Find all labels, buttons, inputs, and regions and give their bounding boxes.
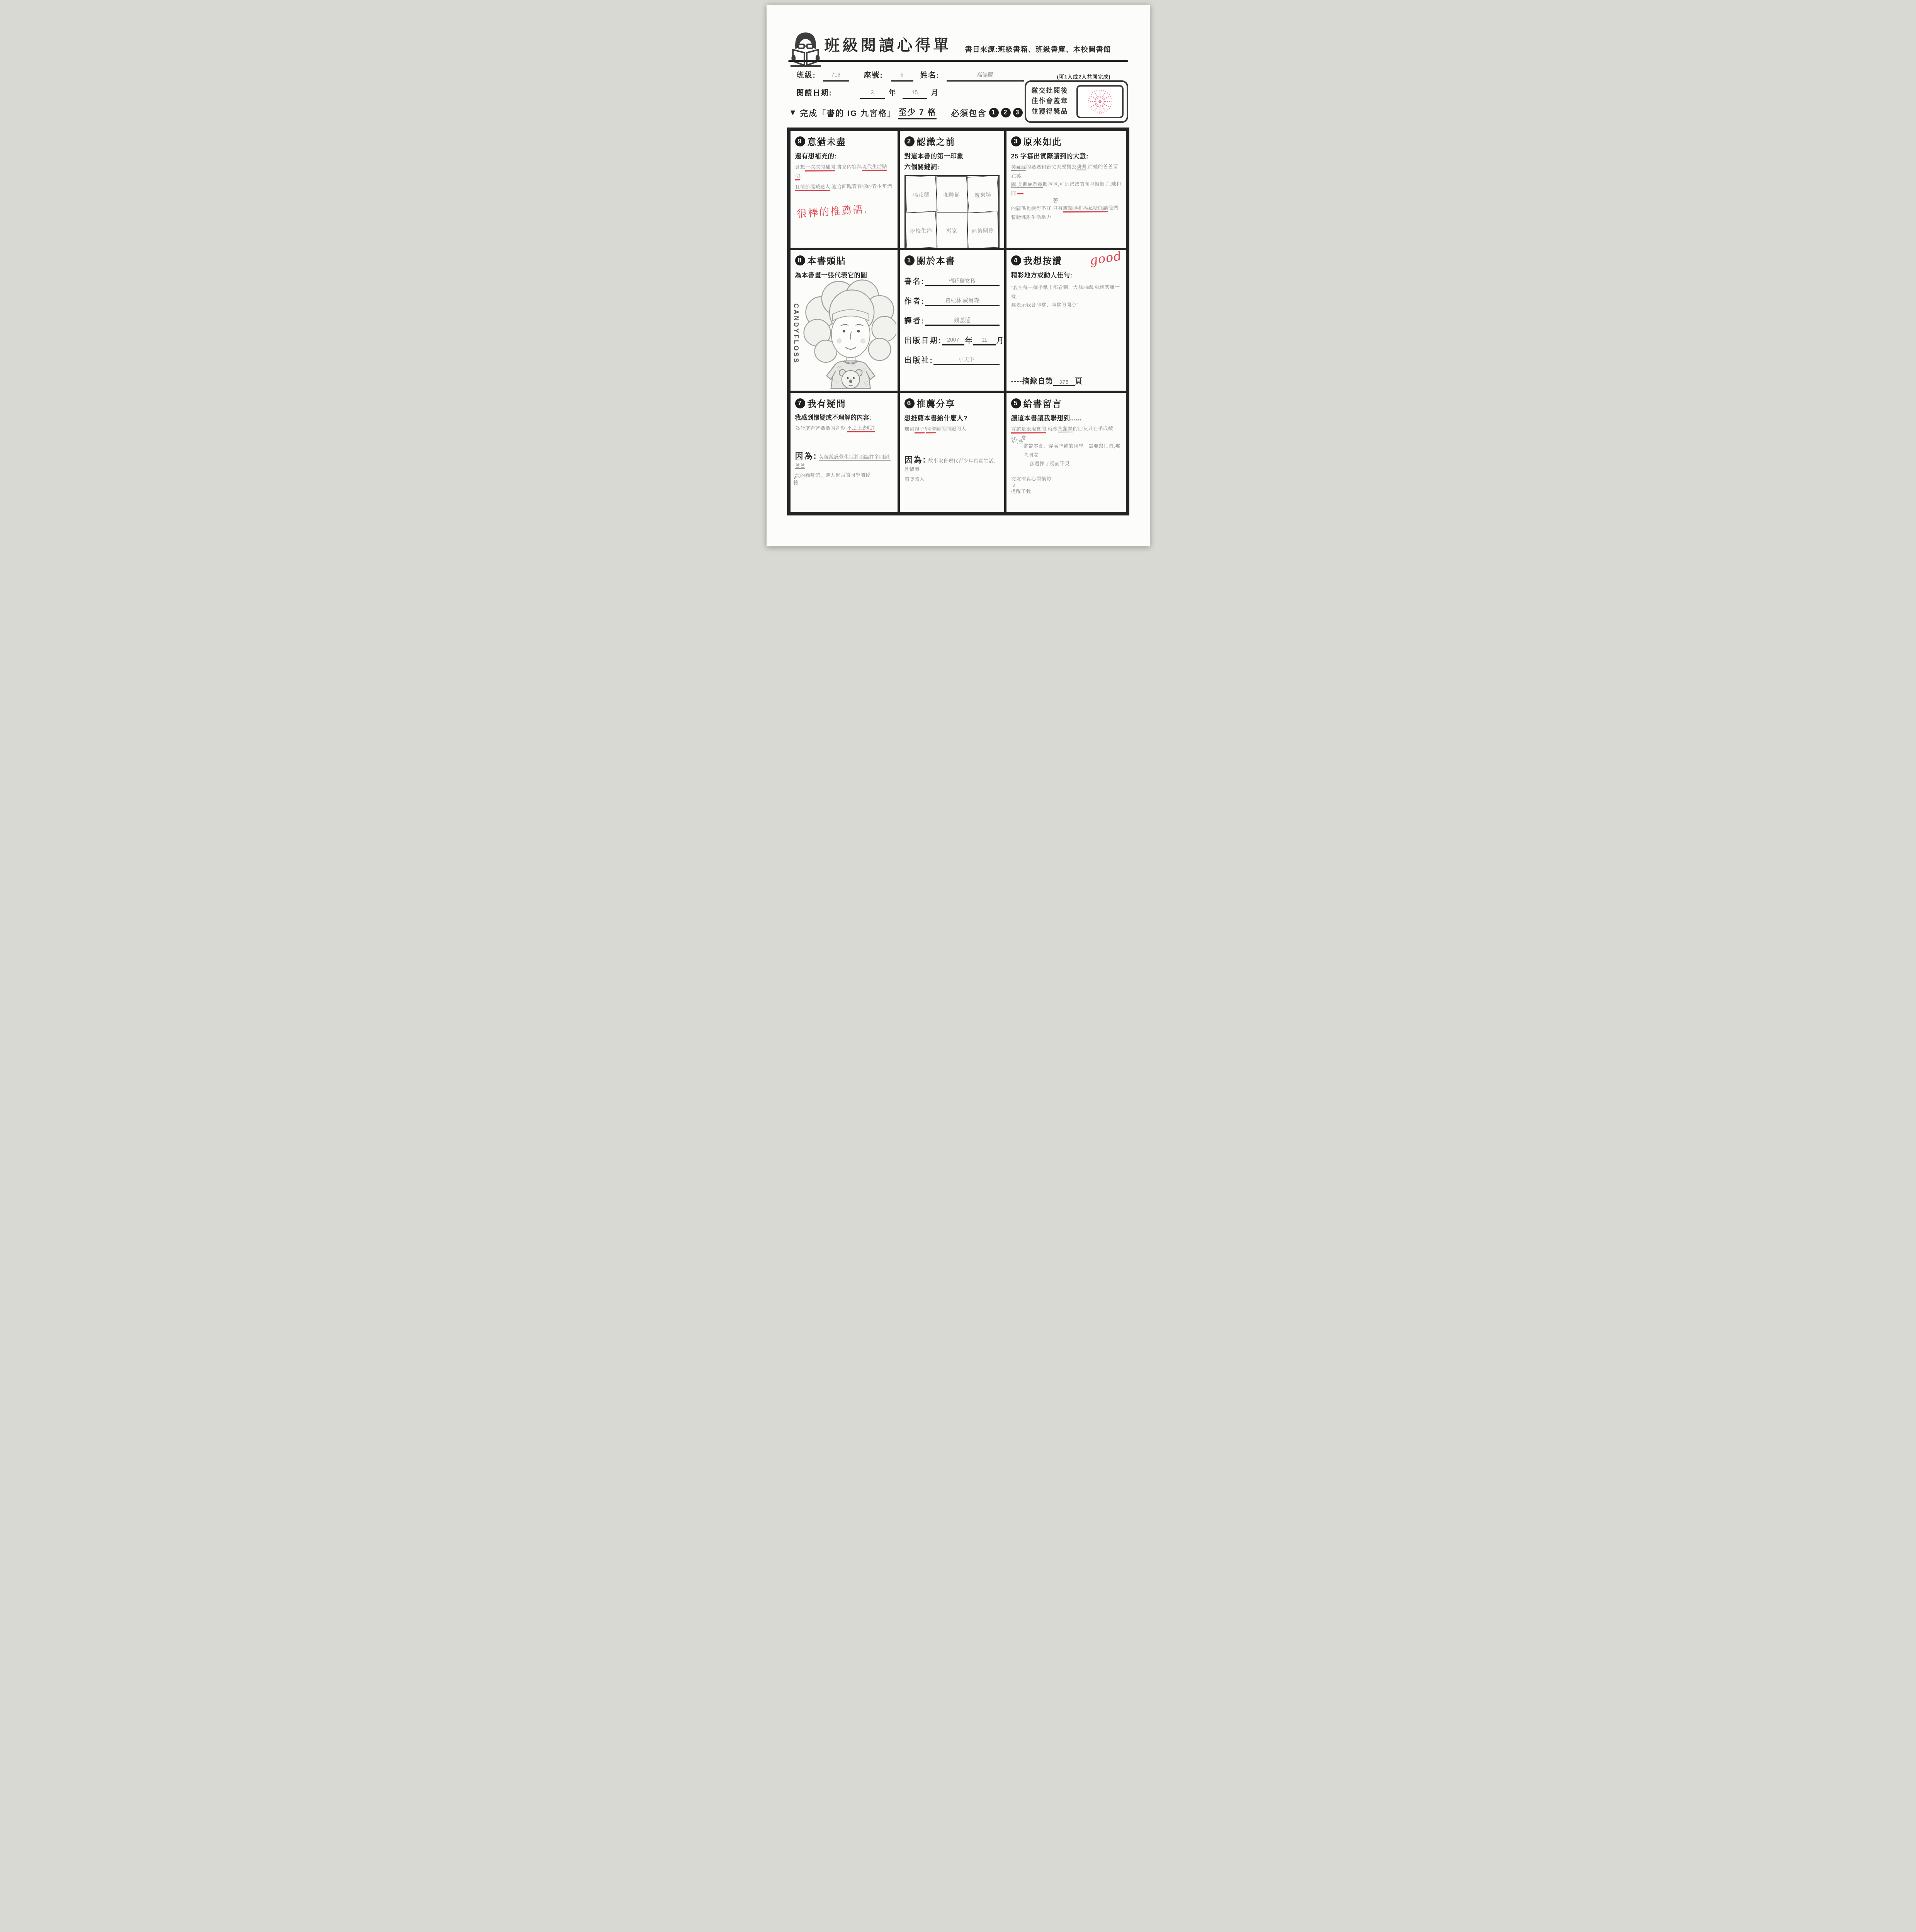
class-field: 713 — [823, 69, 849, 82]
stamp-area — [1076, 85, 1124, 118]
cell-9-prompt: 還有想補充的: — [795, 151, 893, 160]
insertion-note-text: 提醒了我 — [1011, 489, 1121, 495]
publisher-row: 出版社: 小天下 — [904, 355, 1000, 365]
keyword-cell: 同儕關係 — [967, 212, 999, 249]
read-year-field: 3 — [860, 87, 885, 99]
book-title-value: 棉花糖女孩 — [925, 277, 1000, 286]
read-month-value: 15 — [912, 89, 918, 95]
quote-source-line: ----摘錄自第 375 頁 — [1011, 376, 1121, 386]
cell-3-so-thats-it: 3 原來如此 25 字寫出實際讀到的大意: 芙蘿絲的媽媽和新丈夫要搬去澳洲,而她… — [1005, 130, 1127, 249]
nine-grid: 9 意猶未盡 還有想補充的: 會想一次次的翻閱,書籍內容與現代生活貼切, 且情節… — [787, 128, 1129, 515]
cell-8-prompt: 為本書畫一張代表它的圖 — [795, 270, 893, 279]
keyword-table: 棉花糖 咖啡館 遊樂場 學校生活 搬家 同儕關係 — [904, 175, 1000, 249]
cell-7-title: 7 我有疑問 — [795, 397, 893, 410]
page-subtitle: 書目來源:班級書箱、班級書庫、本校圖書館 — [965, 44, 1111, 54]
candyfloss-side-caption: CANDYFLOSS — [792, 303, 800, 364]
svg-text:♡: ♡ — [864, 381, 869, 387]
translator-row: 譯者: 錢基蓮 — [904, 315, 1000, 326]
cell-6-because-block: 因為:故事取自現代青少年真實生活,且情節 溫暖感人 — [904, 454, 1000, 484]
pubdate-row: 出版日期: 2007 年 11 月 — [904, 335, 1000, 345]
cell-3-title: 3 原來如此 — [1011, 135, 1121, 148]
cell-3-number-badge: 3 — [1011, 136, 1021, 146]
cell-3-summary-line4: 暫時逃離生活壓力 — [1011, 213, 1121, 222]
required-badge-3: 3 — [1013, 108, 1023, 117]
cell-5-line1: 友誼是很現實的,就像芙蘿絲的朋友只在乎成績好、常 — [1011, 424, 1121, 442]
cell-5-line2-wrap: ∧有些 常帶零食、穿名牌鞋的同學。需要幫忙時,那些朋友 — [1011, 442, 1121, 459]
cell-3-summary-line1: 芙蘿絲的媽媽和新丈夫要搬去澳洲,而她的爸爸留在英 — [1011, 162, 1121, 180]
cell-5-message-to-book: 5 給書留言 讀這本書讓我聯想到...... 友誼是很現實的,就像芙蘿絲的朋友只… — [1005, 392, 1127, 513]
header-divider — [788, 60, 1128, 62]
cell-2-title: 2 認識之前 — [904, 135, 1000, 148]
translator-value: 錢基蓮 — [925, 316, 1000, 326]
quote-line2: 那表示我會非常、非常的開心” — [1011, 300, 1121, 310]
publisher-value: 小天下 — [933, 355, 1000, 365]
red-edge-mark — [1017, 193, 1023, 194]
name-value: 高誌葳 — [977, 71, 993, 78]
cell-2-number-badge: 2 — [904, 136, 915, 146]
pair-note: (可1人或2人共同完成) — [1057, 73, 1111, 80]
required-badge-1: 1 — [989, 108, 999, 117]
cell-5-prompt: 讀這本書讓我聯想到...... — [1011, 413, 1121, 422]
required-badge-2: 2 — [1001, 108, 1011, 117]
seat-label: 座號: — [864, 70, 883, 80]
flower-stamp-icon — [1086, 87, 1114, 116]
cell-7-prompt: 我感到懷疑或不理解的內容: — [795, 413, 893, 422]
svg-text:♡: ♡ — [851, 364, 856, 370]
down-triangle-icon: ▼ — [789, 108, 798, 117]
teacher-red-comment: 很棒的推薦語. — [796, 199, 893, 220]
cell-1-title: 1 關於本書 — [904, 254, 1000, 267]
insertion-note: ∧有些 — [1011, 439, 1023, 444]
pencil-underline: 芙蘿絲 — [1011, 165, 1026, 171]
month-unit: 月 — [931, 87, 939, 98]
name-label: 姓名: — [920, 70, 940, 80]
quote-line1: “我在每一個手掌上都看到一大條曲線,就像笑臉一樣, — [1011, 283, 1121, 301]
author-value: 賈桂林.威爾森 — [925, 296, 1000, 306]
author-row: 作者: 賈桂林.威爾森 — [904, 296, 1000, 306]
cell-8-number-badge: 8 — [795, 255, 805, 265]
girl-portrait-drawing: ♡♡♡ ♡♡♡ — [800, 275, 896, 391]
instruction-line: ▼ 完成「書的 IG 九宮格」 至少 7 格 必須包含 1 2 3 — [789, 106, 1023, 119]
cell-7-question-line: 為什麼看著媽媽的背影,不追上去呢? — [795, 423, 893, 433]
cell-2-prompt2: 六個關鍵詞: — [904, 162, 1000, 171]
cell-6-answer-line: 遇到親子/同儕關係問題的人 — [904, 424, 999, 434]
keyword-cell: 搬家 — [937, 212, 967, 248]
seat-field: 6 — [891, 69, 913, 82]
cell-1-number-badge: 1 — [904, 255, 915, 265]
cell-4-want-to-like: good 4 我想按讚 精彩地方或動人佳句: “我在每一個手掌上都看到一大條曲線… — [1005, 249, 1127, 392]
cell-4-number-badge: 4 — [1011, 255, 1021, 265]
cell-6-number-badge: 6 — [904, 398, 915, 408]
quote-page-value: 375 — [1053, 379, 1075, 386]
cell-2-before-knowing: 2 認識之前 對這本書的第一印象 六個關鍵詞: 棉花糖 咖啡館 遊樂場 學校生活… — [899, 130, 1005, 249]
cell-8-title: 8 本書頭貼 — [795, 254, 893, 267]
insertion-note: ∧ 慘 — [794, 475, 799, 486]
read-date-label: 閱讀日期: — [797, 87, 832, 98]
cell-6-recommend-share: 6 推薦分享 想推薦本書給什麼人? 遇到親子/同儕關係問題的人 因為:故事取自現… — [899, 392, 1005, 513]
cell-3-prompt: 25 字寫出實際讀到的大意: — [1011, 151, 1121, 160]
pub-year-value: 2007 — [942, 337, 964, 345]
red-underline: 同儕 — [926, 426, 936, 433]
cell-9-handwriting-line1: 會想一次次的翻閱,書籍內容與現代生活貼切, — [795, 162, 893, 180]
seat-value: 6 — [901, 71, 904, 78]
cell-1-about-book: 1 關於本書 書名: 棉花糖女孩 作者: 賈桂林.威爾森 譯者: 錢基蓮 出版日… — [899, 249, 1005, 392]
cell-2-prompt1: 對這本書的第一印象 — [904, 151, 1000, 160]
cell-3-summary-line2: 國.芙蘿絲選擇跟爸爸,可是爸爸的咖啡館倒了,她和同 — [1011, 180, 1121, 198]
cell-9-still-more: 9 意猶未盡 還有想補充的: 會想一次次的翻閱,書籍內容與現代生活貼切, 且情節… — [789, 130, 899, 249]
class-value: 713 — [831, 71, 840, 78]
cell-7-number-badge: 7 — [795, 398, 805, 408]
keyword-cell: 遊樂場 — [966, 175, 999, 213]
year-unit: 年 — [889, 87, 897, 98]
red-underline: 友誼是很現實的 — [1011, 426, 1046, 434]
book-title-row: 書名: 棉花糖女孩 — [904, 276, 1000, 286]
cell-7-because-block: 因為:芙蘿絲感覺生活將面臨許多問題:爸爸 淡的咖啡館、讓人緊張的同學關係 — [795, 450, 893, 480]
insertion-caret: ∧ — [1013, 483, 1121, 489]
read-month-field: 15 — [903, 87, 927, 99]
cell-3-summary-line3: 的關係也變得不好,只有遊樂場和棉花糖能讓他們 — [1011, 204, 1121, 213]
read-year-value: 3 — [871, 89, 874, 95]
red-underline: 不追上去呢? — [847, 425, 875, 432]
cell-8-book-avatar: ♡♡♡ ♡♡♡ 8 本書頭貼 為本書畫一張代表它的圖 CANDYFLOSS — [789, 249, 899, 392]
red-underline: 一次次的翻閱 — [805, 164, 835, 172]
cell-9-handwriting-line2: 且情節溫暖感人,適合面臨青春期的青少年們 — [795, 182, 893, 191]
name-extra-field — [1030, 69, 1053, 82]
keyword-cell: 咖啡館 — [937, 176, 967, 212]
page-title: 班級閱讀心得單 — [825, 33, 952, 55]
pencil-underline: 芙蘿絲 — [1057, 426, 1073, 432]
stamp-box: 繳交批閱後 佳作會蓋章 並獲得獎品 — [1025, 80, 1128, 123]
cell-9-title: 9 意猶未盡 — [795, 135, 893, 148]
pub-month-value: 11 — [973, 337, 996, 345]
cell-6-prompt: 想推薦本書給什麼人? — [904, 413, 1000, 422]
stamp-box-text: 繳交批閱後 佳作會蓋章 並獲得獎品 — [1032, 85, 1068, 117]
keyword-cell: 棉花糖 — [904, 175, 937, 213]
cell-6-title: 6 推薦分享 — [904, 397, 1000, 410]
cell-7-my-question: 7 我有疑問 我感到懷疑或不理解的內容: 為什麼看著媽媽的背影,不追上去呢? 因… — [789, 392, 899, 513]
red-underline: 遊樂場和棉花糖能讓 — [1063, 205, 1108, 213]
worksheet-page: 班級閱讀心得單 書目來源:班級書箱、班級書庫、本校圖書館 班級: 713 座號:… — [767, 5, 1150, 546]
cell-5-number-badge: 5 — [1011, 398, 1021, 408]
keyword-cell: 學校生活 — [904, 211, 937, 249]
class-label: 班級: — [797, 70, 816, 80]
cell-5-title: 5 給書留言 — [1011, 397, 1121, 410]
cell-9-number-badge: 9 — [795, 136, 805, 146]
name-field: 高誌葳 — [947, 69, 1024, 82]
min-cells-underlined: 至少 7 格 — [898, 106, 936, 119]
red-underline: 且情節溫暖感人 — [795, 184, 830, 191]
cell-5-line3: 卻選擇了視而不見 — [1011, 459, 1121, 468]
reader-logo-icon — [791, 30, 821, 68]
red-underline: 親子 — [914, 426, 924, 433]
svg-text:♡: ♡ — [834, 379, 839, 386]
pencil-underline: 澳洲 — [1076, 164, 1086, 170]
cell-5-line4: 交友需真心需慎防! — [1011, 474, 1121, 483]
cell-4-prompt: 精彩地方或動人佳句: — [1011, 270, 1121, 279]
pencil-underline: 國.芙蘿絲選擇 — [1011, 182, 1042, 188]
